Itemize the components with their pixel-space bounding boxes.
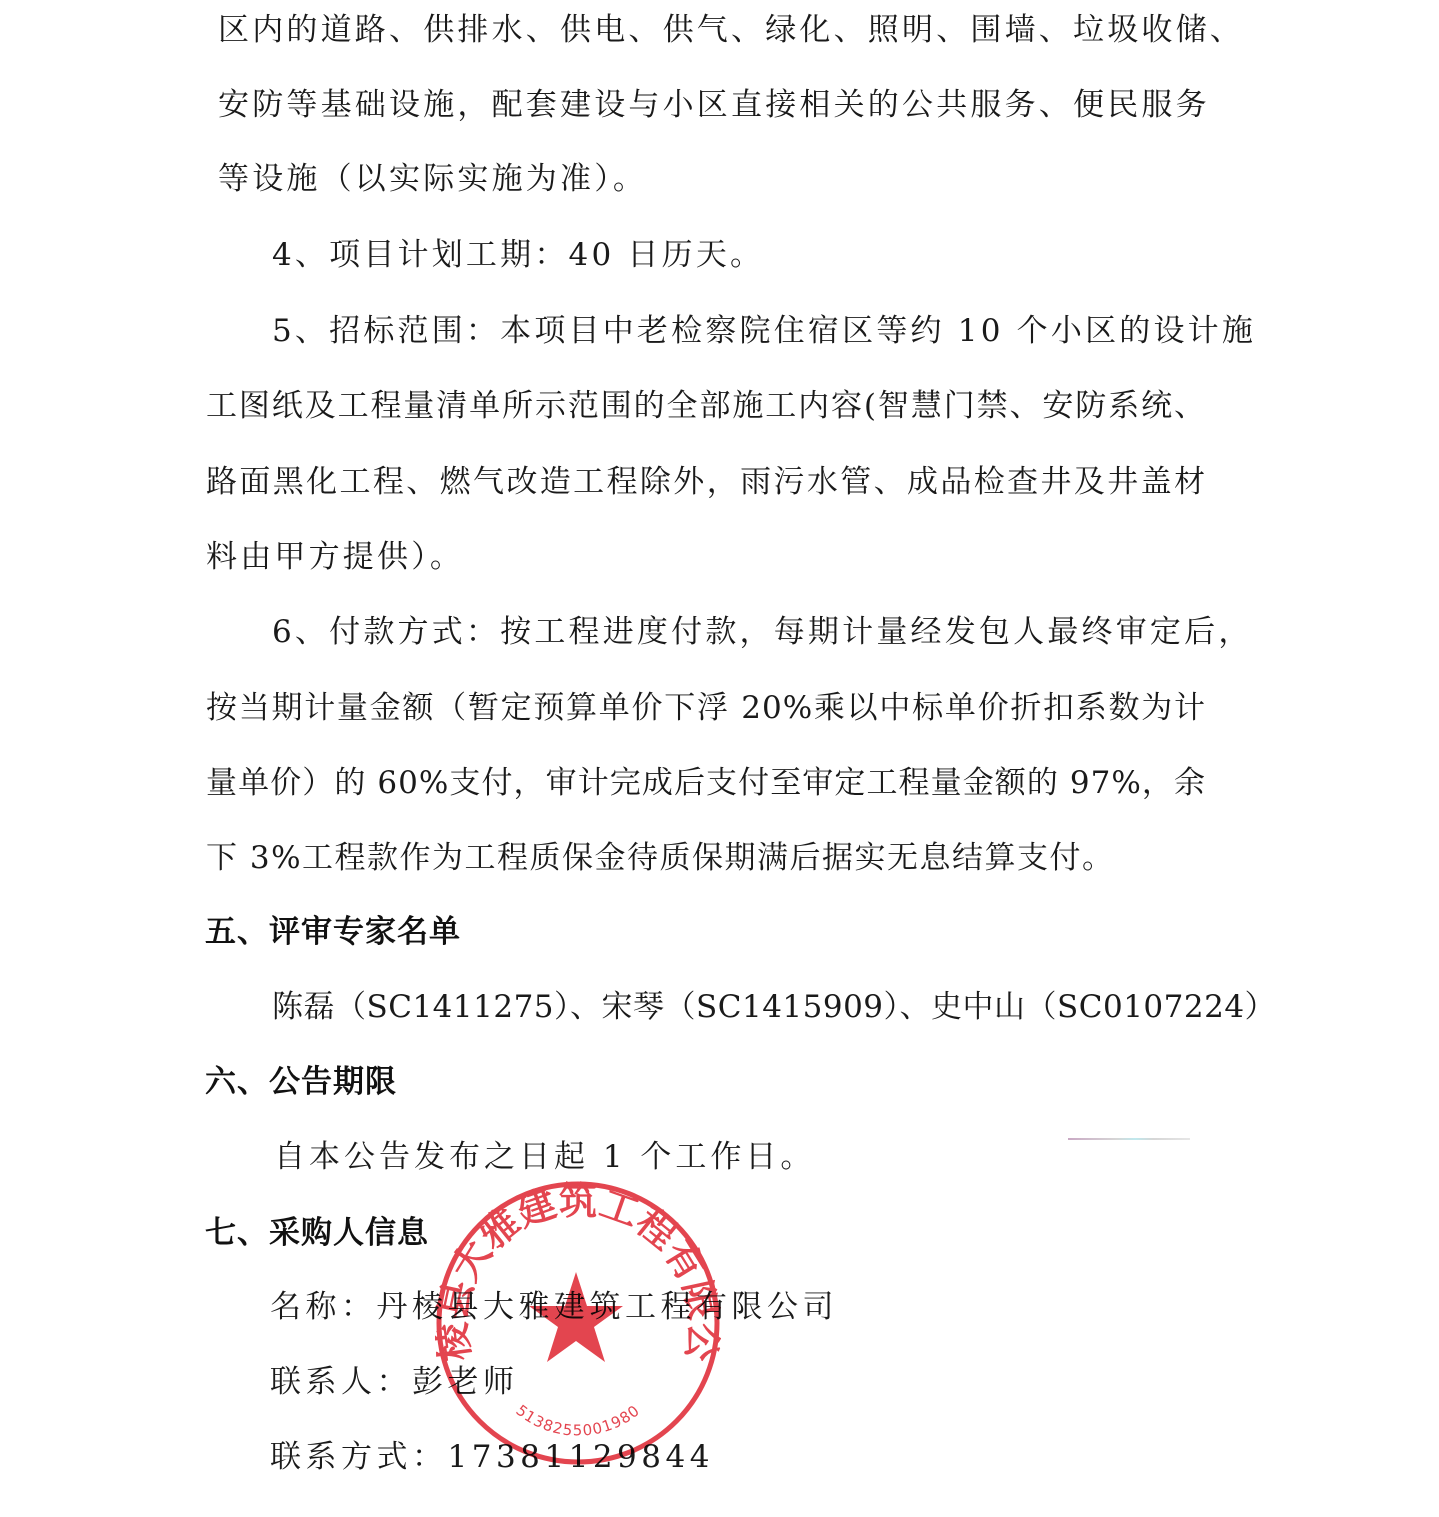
- section-7-heading: 七、采购人信息: [205, 1213, 429, 1253]
- seal-text: 丹棱县大雅建筑工程有限公司: [435, 1180, 721, 1364]
- scan-artifact-line: [1068, 1138, 1190, 1140]
- item-6-line: 量单价）的 60%支付，审计完成后支付至审定工程量金额的 97%，余: [206, 763, 1206, 803]
- item-5-line: 5、招标范围：本项目中老检察院住宿区等约 10 个小区的设计施: [272, 311, 1206, 351]
- item-5-line: 料由甲方提供）。: [206, 537, 464, 577]
- paragraph-line: 安防等基础设施，配套建设与小区直接相关的公共服务、便民服务: [218, 85, 1208, 125]
- item-6-line: 按当期计量金额（暂定预算单价下浮 20%乘以中标单价折扣系数为计: [206, 688, 1206, 728]
- item-6-line: 下 3%工程款作为工程质保金待质保期满后据实无息结算支付。: [206, 838, 1115, 878]
- section-5-heading: 五、评审专家名单: [205, 912, 461, 952]
- seal-code: 5138255001980: [513, 1401, 644, 1439]
- item-4-schedule: 4、项目计划工期：40 日历天。: [272, 235, 764, 275]
- item-6-line: 6、付款方式：按工程进度付款，每期计量经发包人最终审定后，: [272, 612, 1206, 652]
- paragraph-line: 等设施（以实际实施为准）。: [218, 159, 647, 199]
- item-5-line: 工图纸及工程量清单所示范围的全部施工内容(智慧门禁、安防系统、: [206, 386, 1206, 426]
- experts-list: 陈磊（SC1411275）、宋琴（SC1415909）、史中山（SC010722…: [272, 987, 1206, 1027]
- section-6-heading: 六、公告期限: [205, 1062, 397, 1102]
- purchaser-name: 名称：丹棱县大雅建筑工程有限公司: [270, 1287, 838, 1327]
- purchaser-phone: 联系方式：17381129844: [270, 1437, 714, 1477]
- notice-period: 自本公告发布之日起 1 个工作日。: [274, 1137, 815, 1177]
- svg-text:5138255001980: 5138255001980: [513, 1401, 644, 1439]
- purchaser-contact: 联系人：彭老师: [270, 1362, 519, 1402]
- item-5-line: 路面黑化工程、燃气改造工程除外，雨污水管、成品检查井及井盖材: [206, 462, 1206, 502]
- paragraph-line: 区内的道路、供排水、供电、供气、绿化、照明、围墙、垃圾收储、: [218, 10, 1208, 50]
- svg-text:丹棱县大雅建筑工程有限公司: 丹棱县大雅建筑工程有限公司: [435, 1180, 721, 1364]
